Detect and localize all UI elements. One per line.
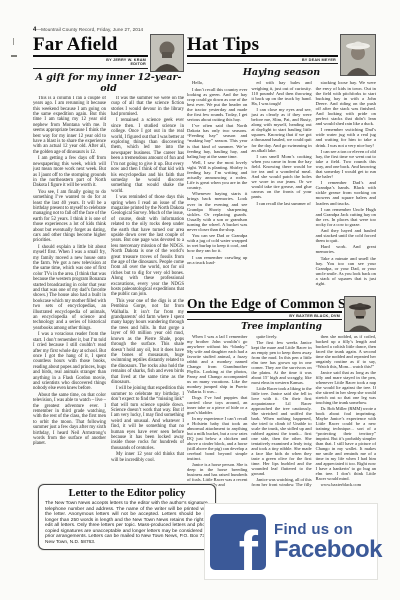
far-afield-byline: BY JERRY W. KRAM EDITOR (33, 57, 148, 69)
body-paragraph: Hello, (187, 80, 247, 85)
body-paragraph: My inner 12 year old thinks that will be… (111, 452, 184, 462)
byline-name: BY BAXTER BLACK, DVM (187, 314, 340, 318)
body-paragraph: I was reminded of those days this spring… (111, 195, 184, 298)
common-sense-byline: BY BAXTER BLACK, DVM (187, 313, 342, 320)
body-paragraph: In my experience I can’t recall a Holste… (187, 416, 247, 461)
letter-policy-text: The New Town News accepts letters to the… (45, 501, 209, 545)
far-afield-section: Far Afield BY JERRY W. KRAM EDITOR A gif… (33, 34, 184, 462)
body-paragraph: Janice said that as long as the filly an… (316, 370, 376, 405)
common-sense-title: On the Edge of Common Sense (187, 296, 342, 313)
facebook-logo-icon: f (210, 514, 266, 570)
facebook-ad[interactable]: f Find us on Facebook (204, 503, 378, 580)
body-paragraph: I am getting a few days off from newspap… (33, 156, 106, 188)
hat-tips-masthead: Hat Tips BY DEAN MEYER (187, 34, 376, 64)
body-paragraph: Whenever haying starts it brings back me… (187, 191, 247, 232)
common-sense-masthead: On the Edge of Common Sense BY BAXTER BL… (187, 296, 376, 320)
facebook-ad-line2: Facebook (274, 538, 382, 562)
body-paragraph: I was a voracious reader from the start.… (33, 332, 106, 391)
body-paragraph: I should explain a little bit about myse… (33, 245, 106, 332)
body-paragraph: I can smell Mom’s cooking when you came … (251, 154, 311, 200)
baxter-black-photo (344, 296, 376, 332)
body-paragraph: The first few weeks Janice kept the mare… (251, 340, 311, 385)
body-paragraph: then she nodded, as if coiled, backed up… (316, 334, 376, 369)
body-paragraph: Hard work. And great memories. (316, 244, 376, 254)
body-paragraph: I remember switching Dad’s wide water ju… (316, 127, 376, 147)
letter-policy-title: Letter to the Editor policy (45, 488, 209, 499)
common-sense-body: When I was a lad I remember my brother J… (187, 334, 376, 487)
body-paragraph: This year one of the digs is at the Pemb… (111, 299, 184, 386)
far-afield-body: This is a column I ran a couple of years… (33, 96, 184, 462)
body-paragraph: ed with hay bales and weighing it, just … (251, 80, 311, 105)
body-paragraph: You see, I am finally going to do someth… (33, 190, 106, 244)
body-paragraph: This is a column I ran a couple of years… (33, 96, 106, 155)
hat-tips-body: Hello,I don’t recall this country ever l… (187, 80, 376, 288)
body-paragraph: I can remember crawling up on a truck lo… (187, 255, 247, 265)
hat-tips-section: Hat Tips BY DEAN MEYER Haying season Hel… (187, 34, 376, 288)
scan-registration-mark (13, 38, 14, 45)
common-sense-col2: quite lively.The first few weeks Janice … (251, 334, 311, 487)
byline-role: EDITOR (33, 62, 146, 66)
common-sense-col1: When I was a lad I remember my brother J… (187, 334, 247, 487)
far-afield-title: Far Afield (33, 34, 148, 57)
hat-tips-byline: BY DEAN MEYER (187, 57, 338, 64)
body-paragraph: I remained a science geek ever since the… (111, 118, 184, 194)
body-paragraph: Later, Dean (316, 287, 376, 288)
body-paragraph: Little Racer took a liking to the little… (251, 386, 311, 476)
body-paragraph: I can close my eyes and see, just as cle… (251, 107, 311, 153)
hat-tips-col3: stacking loose hay. We were the envy of … (316, 80, 376, 288)
body-paragraph: I’ve often said that North Dakota has on… (187, 123, 247, 159)
body-paragraph: You can see Dad or Grandpa with a jug of… (187, 233, 247, 253)
facebook-f-glyph: f (239, 519, 258, 570)
body-paragraph: Dogs I’ve had puppies that carried close… (187, 395, 247, 415)
jerry-kram-photo (150, 34, 184, 72)
body-paragraph: When I was a lad I remember my brother J… (187, 334, 247, 394)
facebook-ad-text: Find us on Facebook (274, 522, 382, 562)
body-paragraph: I can see a ton or eleven of old hay, th… (316, 149, 376, 180)
far-afield-col2: It was the summer we were on the cusp of… (111, 96, 184, 462)
body-paragraph: Well, I saw the most lovely sight. Will … (187, 160, 247, 191)
body-paragraph: I don’t recall this country ever looking… (187, 87, 247, 123)
body-paragraph: I can remember Uncle Hugh and Grandpa Ja… (316, 207, 376, 227)
hat-tips-title: Hat Tips (187, 34, 338, 57)
letter-policy-box: Letter to the Editor policy The New Town… (38, 484, 216, 550)
far-afield-masthead: Far Afield BY JERRY W. KRAM EDITOR (33, 34, 184, 69)
hat-tips-col1: Hello,I don’t recall this country ever l… (187, 80, 247, 288)
body-paragraph: Dr. Bob Miller (RMM) wrote a book about … (316, 406, 376, 481)
body-paragraph: I will be joining that expedition this s… (111, 386, 184, 451)
body-paragraph: Take a minute and smell the hay. You too… (316, 256, 376, 287)
dean-meyer-photo (340, 34, 376, 76)
scan-smudge-mark (11, 55, 17, 57)
body-paragraph: It was the summer we were on the cusp of… (111, 96, 184, 118)
body-paragraph: quite lively. (251, 334, 311, 339)
body-paragraph: And they hayed and hauled and stacked un… (316, 228, 376, 243)
edition-text: —Mountrail County Record, Friday, June 2… (36, 27, 143, 32)
body-paragraph: I remember Dad’s and Grandpa’s hands. Bl… (316, 180, 376, 205)
far-afield-headline: A gift for my inner 12-year-old (33, 72, 184, 94)
body-paragraph: I can recall the last summer of (251, 201, 311, 206)
body-paragraph: About the same time, on that color telev… (33, 393, 106, 447)
common-sense-col3: then she nodded, as if coiled, backed up… (316, 334, 376, 487)
byline-name: BY DEAN MEYER (187, 58, 336, 62)
hat-tips-col2: ed with hay bales and weighing it, just … (251, 80, 311, 288)
common-sense-section: On the Edge of Common Sense BY BAXTER BL… (187, 296, 376, 487)
body-paragraph: stacking loose hay. We were the envy of … (316, 80, 376, 126)
edition-line: 4—Mountrail County Record, Friday, June … (33, 27, 233, 33)
body-paragraph: www.baxterblack.com (316, 482, 376, 487)
body-paragraph: Janice was watching, all of this from he… (251, 477, 311, 487)
far-afield-col1: This is a column I ran a couple of years… (33, 96, 106, 462)
